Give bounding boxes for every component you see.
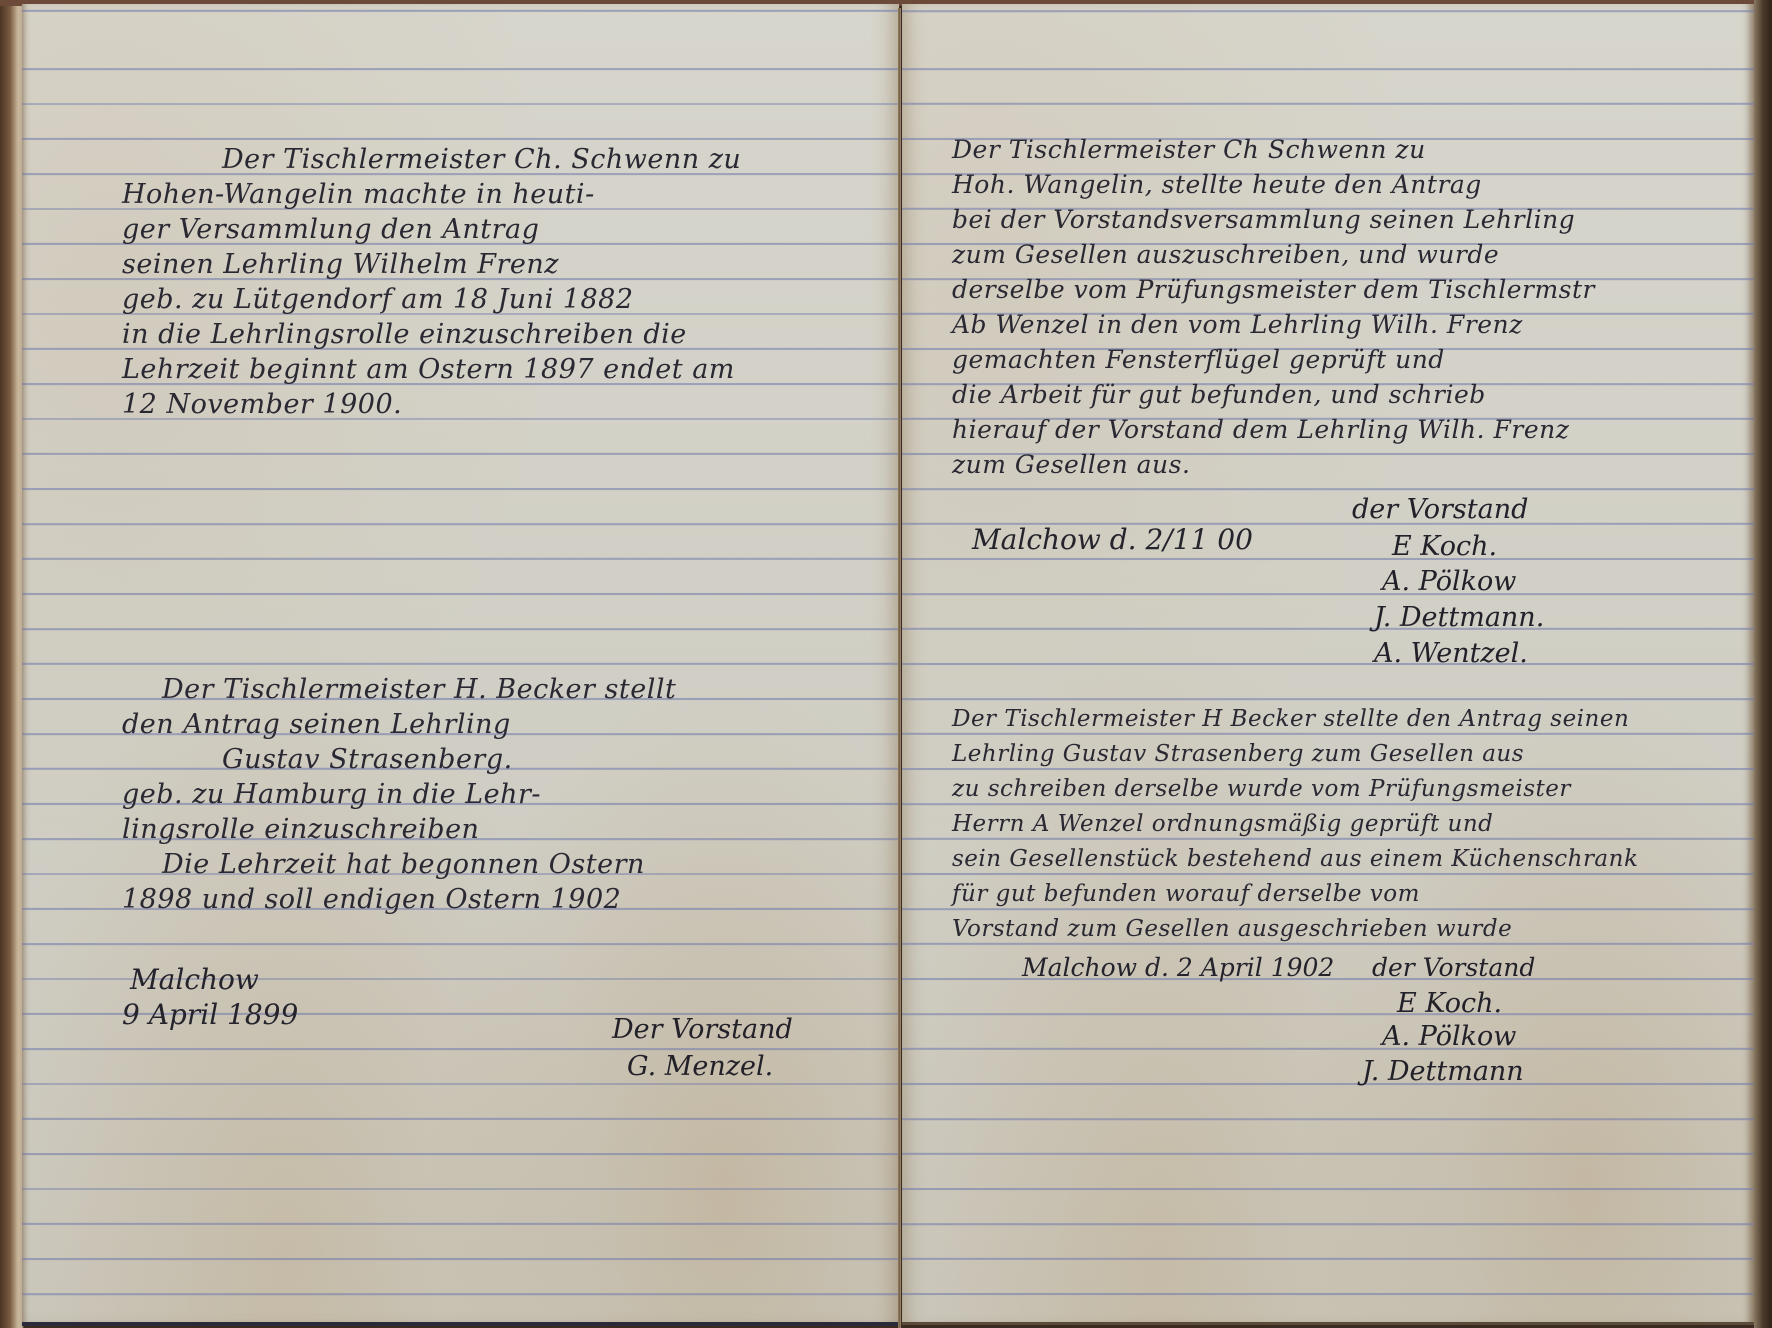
entry-line: 12 November 1900. xyxy=(122,387,741,422)
entry-line: für gut befunden worauf derselbe vom xyxy=(952,877,1638,912)
entry-line: zum Gesellen aus. xyxy=(952,447,1595,482)
entry-line: Der Tischlermeister Ch. Schwenn zu xyxy=(122,142,741,177)
left-page: Der Tischlermeister Ch. Schwenn zu Hohen… xyxy=(22,4,899,1326)
entry-line: Ab Wenzel in den vom Lehrling Wilh. Fren… xyxy=(952,307,1595,342)
cover-right-edge xyxy=(1754,0,1772,1328)
place-date-label: Malchow d. 2 April 1902 xyxy=(1022,950,1334,985)
entry-line: bei der Vorstandsversammlung seinen Lehr… xyxy=(952,202,1595,237)
signature: J. Dettmann. xyxy=(1374,600,1544,635)
entry-line: hierauf der Vorstand dem Lehrling Wilh. … xyxy=(952,412,1595,447)
signature: A. Wentzel. xyxy=(1374,636,1528,671)
place-date-label: Malchow d. 2/11 00 xyxy=(972,522,1253,557)
right-page: Der Tischlermeister Ch Schwenn zu Hoh. W… xyxy=(902,4,1754,1325)
entry-line: ger Versammlung den Antrag xyxy=(122,212,741,247)
entry-line: Herrn A Wenzel ordnungsmäßig geprüft und xyxy=(952,807,1638,842)
entry-line: seinen Lehrling Wilhelm Frenz xyxy=(122,247,741,282)
left-entry-schwenn-frenz: Der Tischlermeister Ch. Schwenn zu Hohen… xyxy=(122,142,741,422)
signature: A. Pölkow xyxy=(1382,1019,1516,1054)
entry-line: sein Gesellenstück bestehend aus einem K… xyxy=(952,842,1638,877)
entry-line: Lehrzeit beginnt am Ostern 1897 endet am xyxy=(122,352,741,387)
entry-line: 1898 und soll endigen Ostern 1902 xyxy=(122,882,676,917)
board-label: der Vorstand xyxy=(1372,950,1535,985)
board-label: der Vorstand xyxy=(1352,492,1528,527)
entry-line: Der Tischlermeister H Becker stellte den… xyxy=(952,702,1638,737)
entry-line: den Antrag seinen Lehrling xyxy=(122,707,676,742)
signature: E Koch. xyxy=(1397,986,1502,1021)
signature: G. Menzel. xyxy=(627,1049,773,1084)
entry-line: Vorstand zum Gesellen ausgeschrieben wur… xyxy=(952,912,1638,947)
entry-line: lingsrolle einzuschreiben xyxy=(122,812,676,847)
entry-line: geb. zu Lütgendorf am 18 Juni 1882 xyxy=(122,282,741,317)
right-entry-schwenn-frenz-journeyman: Der Tischlermeister Ch Schwenn zu Hoh. W… xyxy=(952,132,1595,482)
left-entry-becker-strasenberg: Der Tischlermeister H. Becker stellt den… xyxy=(122,672,676,917)
date-label: 9 April 1899 xyxy=(122,997,298,1032)
entry-line: Hoh. Wangelin, stellte heute den Antrag xyxy=(952,167,1595,202)
entry-line: gemachten Fensterflügel geprüft und xyxy=(952,342,1595,377)
entry-line: die Arbeit für gut befunden, und schrieb xyxy=(952,377,1595,412)
entry-line: Der Tischlermeister H. Becker stellt xyxy=(122,672,676,707)
signature: E Koch. xyxy=(1392,529,1497,564)
entry-line: Der Tischlermeister Ch Schwenn zu xyxy=(952,132,1595,167)
signature: A. Pölkow xyxy=(1382,564,1516,599)
right-entry-becker-strasenberg-journeyman: Der Tischlermeister H Becker stellte den… xyxy=(952,702,1638,947)
entry-line: zum Gesellen auszuschreiben, und wurde xyxy=(952,237,1595,272)
place-label: Malchow xyxy=(130,962,259,997)
book-spine xyxy=(898,8,901,1328)
entry-line: Die Lehrzeit hat begonnen Ostern xyxy=(122,847,676,882)
entry-line: in die Lehrlingsrolle einzuschreiben die xyxy=(122,317,741,352)
entry-line: geb. zu Hamburg in die Lehr- xyxy=(122,777,676,812)
entry-line: zu schreiben derselbe wurde vom Prüfungs… xyxy=(952,772,1638,807)
signature: J. Dettmann xyxy=(1362,1054,1524,1089)
board-label: Der Vorstand xyxy=(612,1012,793,1047)
entry-line: Hohen-Wangelin machte in heuti- xyxy=(122,177,741,212)
entry-line: derselbe vom Prüfungsmeister dem Tischle… xyxy=(952,272,1595,307)
entry-line: Lehrling Gustav Strasenberg zum Gesellen… xyxy=(952,737,1638,772)
entry-line: Gustav Strasenberg. xyxy=(122,742,676,777)
